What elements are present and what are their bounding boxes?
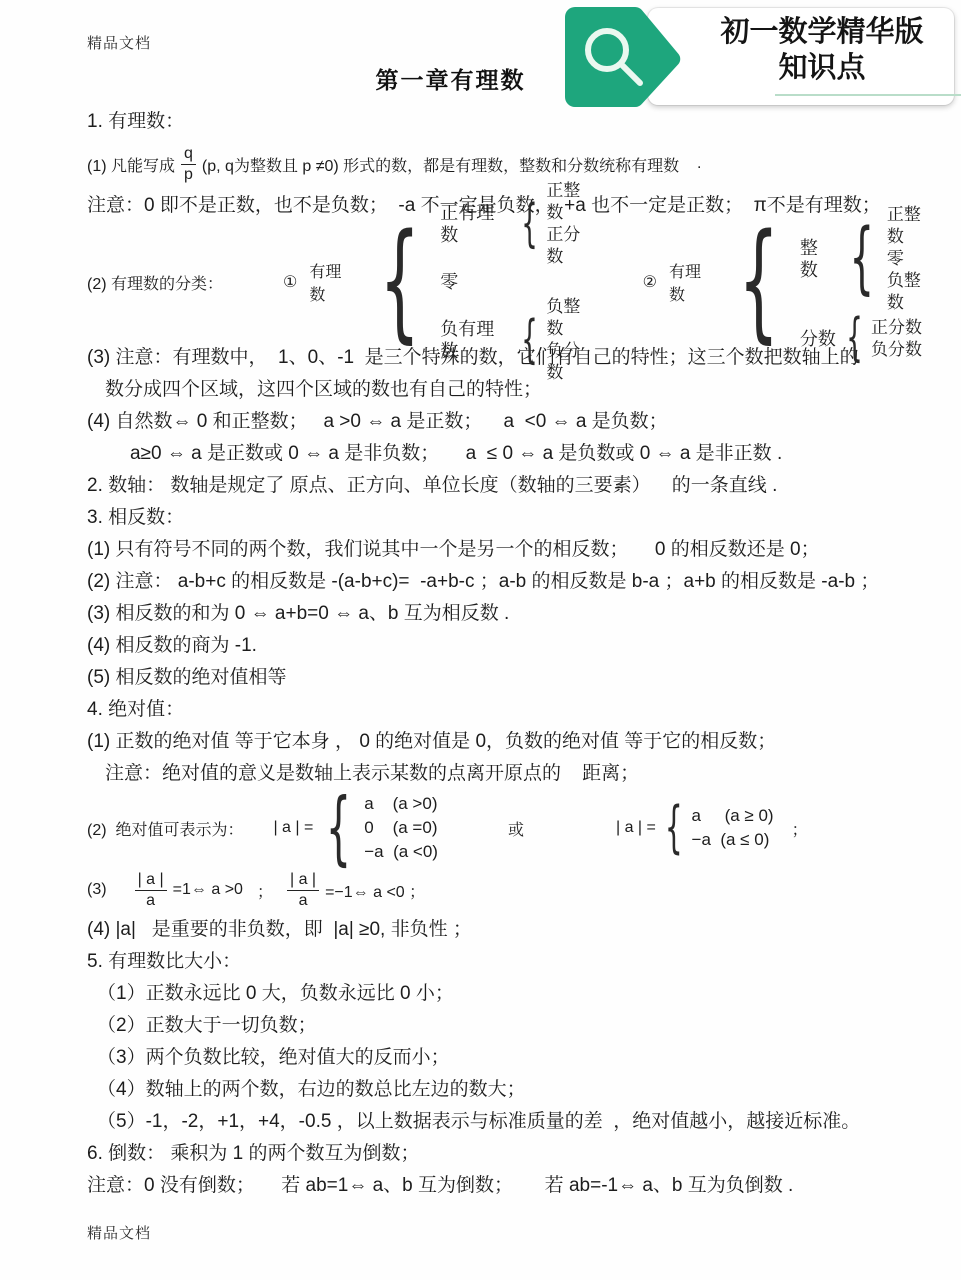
line-opposite-3: (3) 相反数的和为 0 ⇔ a+b=0 ⇔ a、b 互为相反数 . bbox=[87, 598, 937, 630]
fraction-abs-a-over-a-1: | a | a bbox=[135, 870, 167, 909]
line-compare-3: （3）两个负数比较，绝对值大的反而小； bbox=[87, 1042, 937, 1074]
badge-title: 初一数学精华版 知识点 bbox=[698, 14, 946, 86]
fraction-denominator: a bbox=[143, 891, 158, 910]
edition-badge: 初一数学精华版 知识点 bbox=[561, 0, 961, 122]
classification-diagrams: (2) 有理数的分类： ① 有理数 正有理数 正整数 正分数 零 bbox=[87, 222, 937, 342]
sub-item: 负整数 bbox=[887, 270, 937, 314]
branch-integers: 整数 正整数 零 负整数 bbox=[800, 204, 937, 314]
brace-cases-2 bbox=[656, 806, 692, 850]
piecewise-end: ； bbox=[792, 817, 808, 840]
watermark-top: 精品文档 bbox=[87, 32, 151, 53]
line-compare-4: （4）数轴上的两个数，右边的数总比左边的数大； bbox=[87, 1074, 937, 1106]
diagram1-root-label: 有理数 bbox=[309, 259, 357, 305]
badge-title-line2: 知识点 bbox=[698, 50, 946, 86]
fraction-numerator: | a | bbox=[287, 870, 319, 890]
piecewise-cases-2: a (a ≥ 0) −a (a ≤ 0) bbox=[692, 804, 774, 852]
ratio-text-1: =1⇔ a >0 bbox=[173, 881, 243, 899]
text-end: . bbox=[679, 155, 701, 173]
branch-sublist: 正整数 零 负整数 bbox=[887, 204, 937, 314]
heading-absolute-value: 4. 绝对值： bbox=[87, 694, 937, 726]
line-special-numbers-b: 数分成四个区域，这四个区域的数也有自己的特性； bbox=[87, 374, 937, 406]
classification-label: (2) 有理数的分类： bbox=[87, 271, 283, 294]
text-post: (p, q为整数且 p ≠0) 形式的数，都是有理数，整数和分数统称有理数 bbox=[202, 153, 679, 176]
heading-rational-numbers: 1. 有理数： bbox=[87, 106, 937, 138]
line-natural-numbers-a: (4) 自然数⇔ 0 和正整数； a >0 ⇔ a 是正数； a <0 ⇔ a … bbox=[87, 406, 937, 438]
sub-item: 正分数 bbox=[546, 224, 596, 268]
watermark-bottom: 精品文档 bbox=[87, 1222, 151, 1243]
fraction-denominator: a bbox=[296, 891, 311, 910]
case-item: a (a >0) bbox=[364, 792, 438, 816]
ratio-label: (3) bbox=[87, 881, 107, 899]
diagram2-root-label: 有理数 bbox=[669, 259, 716, 305]
classification-diagram-2: ② 有理数 整数 正整数 零 负整数 分数 bbox=[643, 204, 937, 361]
fraction-numerator: q bbox=[181, 144, 196, 164]
line-opposite-2: (2) 注意： a-b+c 的相反数是 -(a-b+c)= -a+b-c ；a-… bbox=[87, 566, 937, 598]
line-opposite-4: (4) 相反数的商为 -1. bbox=[87, 630, 937, 662]
case-item: 0 (a =0) bbox=[364, 816, 438, 840]
heading-opposite-numbers: 3. 相反数： bbox=[87, 502, 937, 534]
badge-arrow-shape bbox=[563, 5, 685, 109]
fraction-q-over-p: q p bbox=[181, 144, 196, 183]
branch-sublist: 正整数 正分数 bbox=[546, 180, 596, 268]
piecewise-lhs-1: | a | = bbox=[273, 819, 313, 837]
line-absvalue-1: (1) 正数的绝对值 等于它本身 ， 0 的绝对值是 0，负数的绝对值 等于它的… bbox=[87, 726, 937, 758]
line-special-numbers-a: (3) 注意：有理数中， 1、0、-1 是三个特殊的数，它们有自己的特性；这三个… bbox=[87, 342, 937, 374]
fraction-denominator: p bbox=[181, 165, 196, 184]
branch-sublist: 正分数 负分数 bbox=[871, 317, 922, 361]
case-item: a (a ≥ 0) bbox=[692, 804, 774, 828]
line-absvalue-note: 注意：绝对值的意义是数轴上表示某数的点离开原点的 距离； bbox=[87, 758, 937, 790]
branch-label: 零 bbox=[440, 271, 458, 293]
branch-label: 整数 bbox=[800, 237, 835, 281]
line-opposite-1: (1) 只有符号不同的两个数，我们说其中一个是另一个的相反数； 0 的相反数还是… bbox=[87, 534, 937, 566]
branch-zero: 零 bbox=[440, 271, 596, 293]
line-compare-5: （5）-1，-2，+1，+4，-0.5 ，以上数据表示与标准质量的差 ，绝对值越… bbox=[87, 1106, 937, 1138]
piecewise-label: (2) 绝对值可表示为： bbox=[87, 817, 243, 840]
case-item: −a (a <0) bbox=[364, 840, 438, 864]
heading-number-line: 2. 数轴： 数轴是规定了 原点、正方向、单位长度（数轴的三要素） 的一条直线 … bbox=[87, 470, 937, 502]
line-opposite-5: (5) 相反数的绝对值相等 bbox=[87, 662, 937, 694]
case-item: −a (a ≤ 0) bbox=[692, 828, 774, 852]
line-absvalue-piecewise: (2) 绝对值可表示为： | a | = a (a >0) 0 (a =0) −… bbox=[87, 790, 937, 866]
circled-number-1: ① bbox=[283, 272, 297, 292]
diagram2-branches: 整数 正整数 零 负整数 分数 正分数 负分数 bbox=[800, 204, 937, 361]
sub-item: 正整数 bbox=[887, 204, 937, 248]
brace-root-1 bbox=[359, 232, 440, 332]
line-natural-numbers-b: a≥0 ⇔ a 是正数或 0 ⇔ a 是非负数； a ≤ 0 ⇔ a 是负数或 … bbox=[87, 438, 937, 470]
sub-item: 正分数 bbox=[871, 317, 922, 339]
heading-comparing: 5. 有理数比大小： bbox=[87, 946, 937, 978]
ratio-text-2: =−1⇔ a <0 ； bbox=[325, 879, 425, 902]
fraction-abs-a-over-a-2: | a | a bbox=[287, 870, 319, 909]
brace-sub bbox=[837, 228, 887, 289]
document-body: 1. 有理数： (1) 凡能写成 q p (p, q为整数且 p ≠0) 形式的… bbox=[87, 106, 937, 1202]
line-absvalue-4: (4) |a| 是重要的非负数，即 |a| ≥0, 非负性 ； bbox=[87, 914, 937, 946]
branch-label: 正有理数 bbox=[440, 202, 511, 246]
badge-card: 初一数学精华版 知识点 bbox=[648, 8, 954, 105]
badge-title-line1: 初一数学精华版 bbox=[698, 14, 946, 50]
sub-item: 零 bbox=[887, 248, 937, 270]
document-page: 精品文档 第一章有理数 初一数学精华版 知识点 1. 有理数： (1) 凡能写成… bbox=[0, 0, 961, 1280]
piecewise-cases-1: a (a >0) 0 (a =0) −a (a <0) bbox=[364, 792, 438, 864]
sub-item: 正整数 bbox=[546, 180, 596, 224]
text-pre: (1) 凡能写成 bbox=[87, 153, 175, 176]
heading-reciprocal: 6. 倒数： 乘积为 1 的两个数互为倒数； bbox=[87, 1138, 937, 1170]
brace-root-2 bbox=[718, 232, 799, 332]
line-reciprocal-note: 注意：0 没有倒数； 若 ab=1⇔ a、b 互为倒数； 若 ab=-1⇔ a、… bbox=[87, 1170, 937, 1202]
brace-sub bbox=[513, 204, 546, 245]
line-compare-1: （1）正数永远比 0 大，负数永远比 0 小； bbox=[87, 978, 937, 1010]
sub-item: 负整数 bbox=[546, 296, 596, 340]
piecewise-or: 或 bbox=[508, 817, 524, 840]
line-absvalue-ratio: (3) | a | a =1⇔ a >0 ； | a | a =−1⇔ a <0… bbox=[87, 866, 937, 914]
circled-number-2: ② bbox=[643, 272, 657, 292]
piecewise-lhs-2: | a | = bbox=[616, 819, 656, 837]
brace-cases-3 bbox=[313, 797, 364, 859]
fraction-numerator: | a | bbox=[135, 870, 167, 890]
branch-positive-rational: 正有理数 正整数 正分数 bbox=[440, 180, 596, 268]
ratio-separator: ； bbox=[257, 879, 273, 902]
line-compare-2: （2）正数大于一切负数； bbox=[87, 1010, 937, 1042]
badge-underline bbox=[775, 94, 961, 96]
sub-item: 负分数 bbox=[871, 339, 922, 361]
